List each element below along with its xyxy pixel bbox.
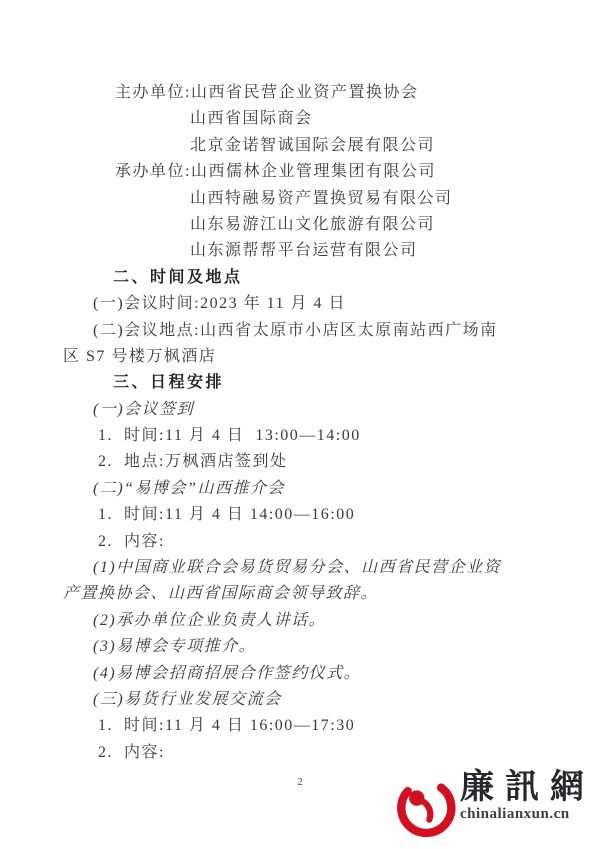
document-lines: 主办单位:山西省民营企业资产置换协会山西省国际商会北京金诺智诚国际会展有限公司承… bbox=[63, 80, 560, 766]
text-line: 承办单位:山西儒林企业管理集团有限公司 bbox=[63, 159, 560, 185]
text-line: 山西省国际商会 bbox=[63, 106, 560, 132]
watermark-site-name: 廉訊網 bbox=[460, 770, 595, 806]
text-line: 1. 时间:11 月 4 日 16:00—17:30 bbox=[63, 713, 560, 739]
text-line: 产置换协会、山西省国际商会领导致辞。 bbox=[63, 581, 560, 607]
text-line: (3)易博会专项推介。 bbox=[63, 634, 560, 660]
text-line: 三、日程安排 bbox=[63, 370, 560, 396]
text-line: 2. 内容: bbox=[63, 529, 560, 555]
text-line: 2. 内容: bbox=[63, 740, 560, 766]
text-line: 二、时间及地点 bbox=[63, 265, 560, 291]
text-line: (二)会议地点:山西省太原市小店区太原南站西广场南 bbox=[63, 318, 560, 344]
text-line: (4)易博会招商招展合作签约仪式。 bbox=[63, 661, 560, 687]
document-page: 主办单位:山西省民营企业资产置换协会山西省国际商会北京金诺智诚国际会展有限公司承… bbox=[0, 0, 600, 849]
text-line: 山西特融易资产置换贸易有限公司 bbox=[63, 186, 560, 212]
site-watermark: 廉訊網 chinalianxun.cn bbox=[388, 770, 600, 848]
text-line: (二)“易博会”山西推介会 bbox=[63, 476, 560, 502]
text-line: (三)易货行业发展交流会 bbox=[63, 687, 560, 713]
text-line: (2)承办单位企业负责人讲话。 bbox=[63, 608, 560, 634]
text-line: 山东源帮帮平台运营有限公司 bbox=[63, 238, 560, 264]
text-line: 1. 时间:11 月 4 日 13:00—14:00 bbox=[63, 423, 560, 449]
text-line: 主办单位:山西省民营企业资产置换协会 bbox=[63, 80, 560, 106]
text-line: 区 S7 号楼万枫酒店 bbox=[63, 344, 560, 370]
text-line: 2. 地点:万枫酒店签到处 bbox=[63, 449, 560, 475]
chinalianxun-logo-icon bbox=[388, 780, 458, 844]
text-line: (一)会议时间:2023 年 11 月 4 日 bbox=[63, 291, 560, 317]
text-line: 1. 时间:11 月 4 日 14:00—16:00 bbox=[63, 502, 560, 528]
text-line: (1)中国商业联合会易货贸易分会、山西省民营企业资 bbox=[63, 555, 560, 581]
watermark-site-url: chinalianxun.cn bbox=[460, 806, 595, 823]
text-line: (一)会议签到 bbox=[63, 397, 560, 423]
text-line: 北京金诺智诚国际会展有限公司 bbox=[63, 133, 560, 159]
watermark-text-block: 廉訊網 chinalianxun.cn bbox=[460, 770, 595, 823]
text-line: 山东易游江山文化旅游有限公司 bbox=[63, 212, 560, 238]
